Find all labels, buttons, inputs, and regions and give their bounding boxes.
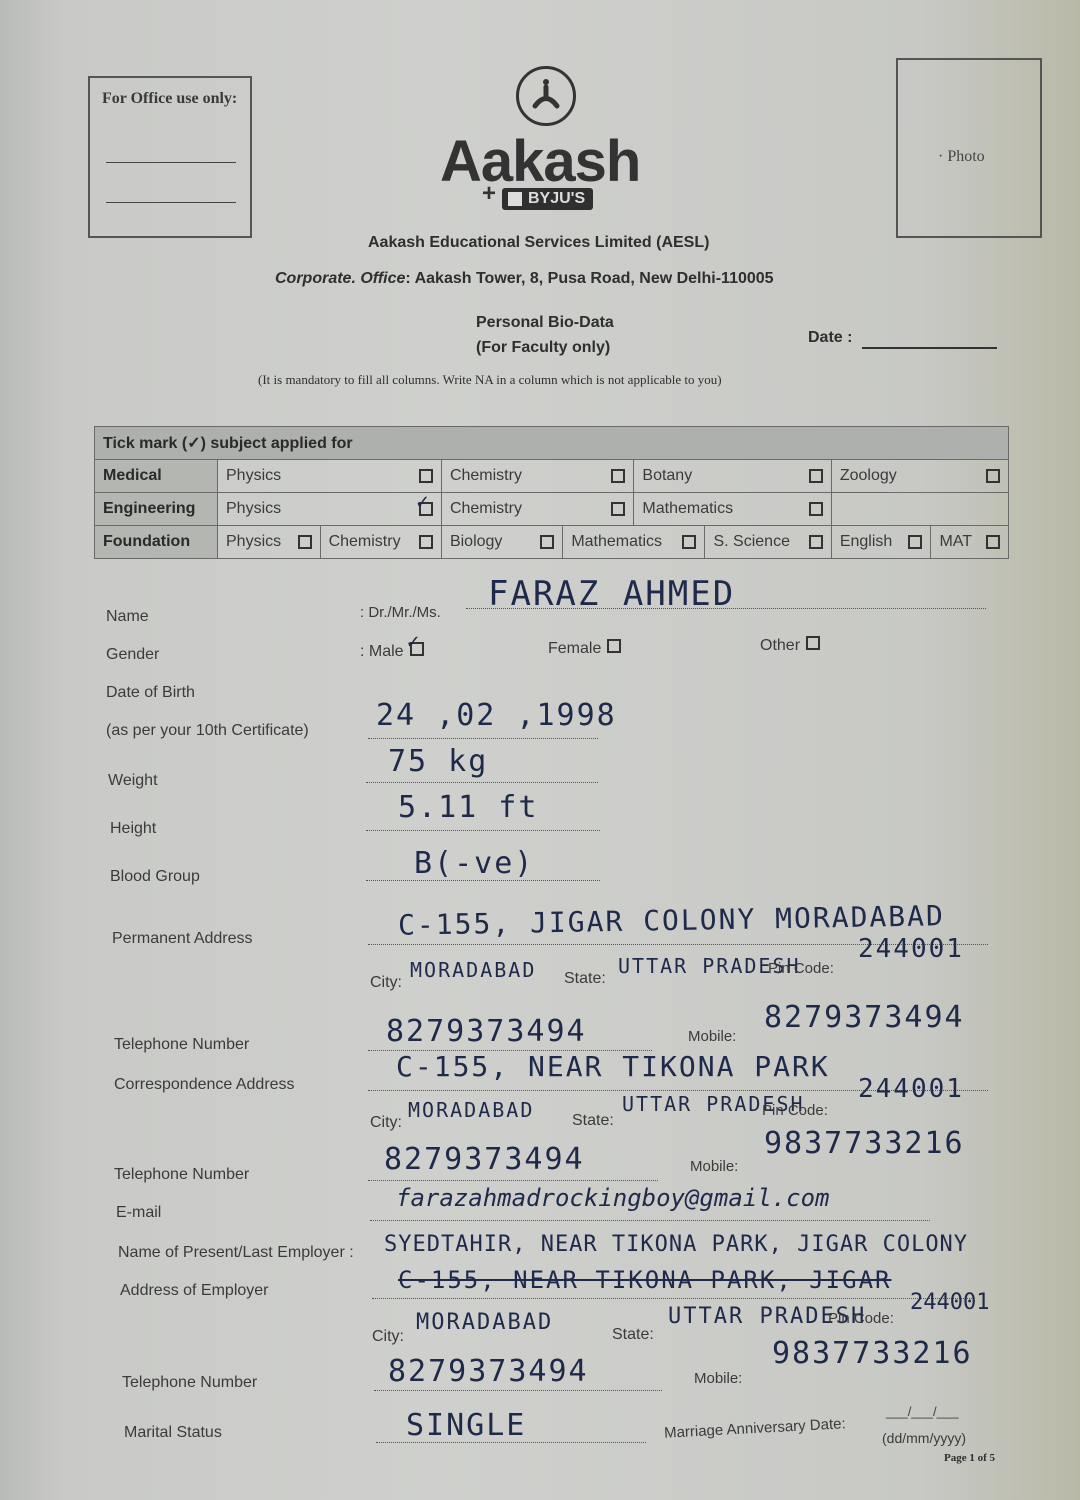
employer-address-label: Address of Employer	[120, 1282, 269, 1300]
telephone-3-field[interactable]: 8279373494	[388, 1354, 589, 1389]
telephone-1-label: Telephone Number	[114, 1036, 249, 1054]
correspondence-pin-label: Pin Code:	[762, 1102, 828, 1119]
instruction-text: (It is mandatory to fill all columns. Wr…	[258, 372, 722, 388]
engineering-row: Engineering Physics Chemistry Mathematic…	[95, 493, 1009, 526]
aakash-logo-icon	[516, 66, 576, 126]
height-field[interactable]: 5.11 ft	[398, 790, 538, 825]
mobile-3-label: Mobile:	[694, 1370, 742, 1387]
office-use-line-1	[106, 162, 236, 163]
mobile-2-label: Mobile:	[690, 1158, 738, 1175]
company-name: Aakash Educational Services Limited (AES…	[368, 234, 709, 252]
aakash-logo-text: Aakash	[440, 128, 640, 195]
gender-other: Other	[760, 636, 820, 655]
subject-name: S. Science	[713, 533, 789, 551]
correspondence-address-label: Correspondence Address	[114, 1076, 295, 1094]
subject-name: Biology	[450, 533, 502, 551]
dob-label: Date of Birth	[106, 684, 195, 702]
subject-name: MAT	[939, 533, 972, 551]
checkbox-foundation-english[interactable]	[908, 535, 922, 549]
checkbox-engineering-physics[interactable]	[419, 502, 433, 516]
name-label: Name	[106, 608, 149, 626]
permanent-city-label: City:	[370, 974, 402, 992]
form-subtitle: (For Faculty only)	[476, 339, 610, 357]
checkbox-engineering-chemistry[interactable]	[611, 502, 625, 516]
corporate-address: : Aakash Tower, 8, Pusa Road, New Delhi-…	[405, 270, 773, 287]
corporate-label: Corporate. Office	[275, 270, 405, 287]
date-label: Date :	[808, 329, 852, 347]
correspondence-pin-field[interactable]: 244001	[858, 1074, 964, 1104]
checkbox-medical-botany[interactable]	[809, 469, 823, 483]
form-title: Personal Bio-Data	[476, 314, 614, 332]
gender-female-label: Female	[548, 640, 601, 657]
anniversary-label: Marriage Anniversary Date:	[664, 1415, 846, 1441]
checkbox-foundation-mat[interactable]	[986, 535, 1000, 549]
blood-group-label: Blood Group	[110, 868, 200, 886]
permanent-pin-field[interactable]: 244001	[858, 934, 964, 964]
correspondence-address-field[interactable]: C-155, NEAR TIKONA PARK	[396, 1050, 830, 1083]
telephone-3-underline	[374, 1390, 662, 1391]
checkbox-other[interactable]	[806, 636, 820, 650]
permanent-pin-label: Pin Code:	[768, 960, 834, 977]
byjus-logo: BYJU'S	[502, 188, 593, 210]
checkbox-foundation-biology[interactable]	[540, 535, 554, 549]
checkbox-male[interactable]	[410, 642, 424, 656]
mobile-1-label: Mobile:	[688, 1028, 736, 1045]
employer-pin-field[interactable]: 244001	[910, 1290, 989, 1315]
byjus-text: BYJU'S	[528, 190, 585, 207]
checkbox-foundation-physics[interactable]	[298, 535, 312, 549]
checkbox-medical-chemistry[interactable]	[611, 469, 625, 483]
subject-name: Physics	[226, 533, 281, 551]
employer-city-label: City:	[372, 1328, 404, 1346]
medical-row: Medical Physics Chemistry Botany Zoology	[95, 460, 1009, 493]
engineering-label: Engineering	[95, 493, 218, 526]
checkbox-medical-zoology[interactable]	[986, 469, 1000, 483]
gender-female: Female	[548, 639, 621, 658]
gender-male: : Male	[360, 642, 424, 661]
dob-sublabel: (as per your 10th Certificate)	[106, 722, 309, 740]
employer-field[interactable]: SYEDTAHIR, NEAR TIKONA PARK, JIGAR COLON…	[384, 1232, 968, 1257]
corporate-office: Corporate. Office: Aakash Tower, 8, Pusa…	[275, 270, 774, 288]
subject-name: Mathematics	[571, 533, 662, 551]
subjects-heading: Tick mark (✓) subject applied for	[95, 427, 1009, 460]
mobile-1-field[interactable]: 8279373494	[764, 1000, 965, 1035]
checkbox-engineering-mathematics[interactable]	[809, 502, 823, 516]
subject-name: Mathematics	[642, 500, 733, 518]
medical-label: Medical	[95, 460, 218, 493]
email-underline	[370, 1220, 930, 1221]
office-use-line-2	[106, 202, 236, 203]
telephone-2-field[interactable]: 8279373494	[384, 1142, 585, 1177]
photo-label: · Photo	[938, 148, 985, 166]
page-number: Page 1 of 5	[944, 1452, 995, 1464]
checkbox-foundation-chemistry[interactable]	[419, 535, 433, 549]
gender-male-label: : Male	[360, 643, 404, 660]
gender-label: Gender	[106, 646, 159, 664]
correspondence-state-label: State:	[572, 1112, 614, 1130]
permanent-state-label: State:	[564, 970, 606, 988]
checkbox-foundation-sscience[interactable]	[809, 535, 823, 549]
weight-field[interactable]: 75 kg	[388, 744, 488, 779]
employer-address-underline	[372, 1298, 972, 1299]
logo-plus: +	[482, 180, 496, 208]
employer-pin-label: Pin Code:	[828, 1310, 894, 1327]
subject-name: Chemistry	[450, 467, 522, 485]
height-underline	[366, 830, 600, 831]
gender-other-label: Other	[760, 637, 800, 654]
telephone-3-label: Telephone Number	[122, 1374, 257, 1392]
subject-name: Physics	[226, 467, 281, 485]
correspondence-city-label: City:	[370, 1114, 402, 1132]
mobile-2-field[interactable]: 9837733216	[764, 1126, 965, 1161]
foundation-label: Foundation	[95, 526, 218, 559]
telephone-2-underline	[368, 1180, 658, 1181]
foundation-row: Foundation Physics Chemistry Biology Mat…	[95, 526, 1009, 559]
office-use-title: For Office use only:	[102, 88, 237, 109]
employer-state-label: State:	[612, 1326, 654, 1344]
marital-status-label: Marital Status	[124, 1424, 222, 1442]
employer-city-field[interactable]: MORADABAD	[416, 1310, 553, 1335]
weight-label: Weight	[108, 772, 158, 790]
marital-status-field[interactable]: SINGLE	[406, 1408, 526, 1443]
office-use-box: For Office use only:	[88, 76, 252, 238]
byjus-b-icon	[508, 192, 522, 206]
email-field[interactable]: farazahmadrockingboy@gmail.com	[396, 1184, 829, 1212]
weight-underline	[366, 782, 598, 783]
date-format-hint: (dd/mm/yyyy)	[882, 1430, 966, 1446]
dob-field[interactable]: 24 ,02 ,1998	[376, 698, 617, 733]
name-field[interactable]: FARAZ AHMED	[488, 574, 735, 614]
checkbox-medical-physics[interactable]	[419, 469, 433, 483]
subject-name: English	[840, 533, 892, 551]
subject-name: Zoology	[840, 467, 897, 485]
blood-group-field[interactable]: B(-ve)	[414, 846, 534, 881]
mobile-3-field[interactable]: 9837733216	[772, 1336, 973, 1371]
checkbox-foundation-mathematics[interactable]	[682, 535, 696, 549]
email-label: E-mail	[116, 1204, 161, 1222]
subject-name: Botany	[642, 467, 692, 485]
correspondence-city-field[interactable]: MORADABAD	[408, 1098, 534, 1122]
subjects-table: Tick mark (✓) subject applied for Medica…	[94, 426, 1009, 559]
date-field[interactable]	[862, 347, 997, 349]
permanent-address-label: Permanent Address	[112, 930, 253, 948]
checkbox-female[interactable]	[607, 639, 621, 653]
subject-name: Chemistry	[329, 533, 401, 551]
telephone-2-label: Telephone Number	[114, 1166, 249, 1184]
name-prefix: : Dr./Mr./Ms.	[360, 604, 441, 621]
bio-data-form-page: For Office use only: Aakash + BYJU'S · P…	[0, 0, 1080, 1500]
anniversary-field[interactable]: ___/___/___	[886, 1404, 958, 1419]
dob-underline	[368, 738, 598, 739]
height-label: Height	[110, 820, 156, 838]
subject-name: Chemistry	[450, 500, 522, 518]
permanent-city-field[interactable]: MORADABAD	[410, 958, 536, 982]
employer-address-field[interactable]: C-155, NEAR TIKONA PARK, JIGAR	[398, 1266, 891, 1294]
employer-label: Name of Present/Last Employer :	[118, 1244, 354, 1262]
telephone-1-field[interactable]: 8279373494	[386, 1014, 587, 1049]
subject-name: Physics	[226, 500, 281, 518]
photo-box: · Photo	[896, 58, 1042, 238]
